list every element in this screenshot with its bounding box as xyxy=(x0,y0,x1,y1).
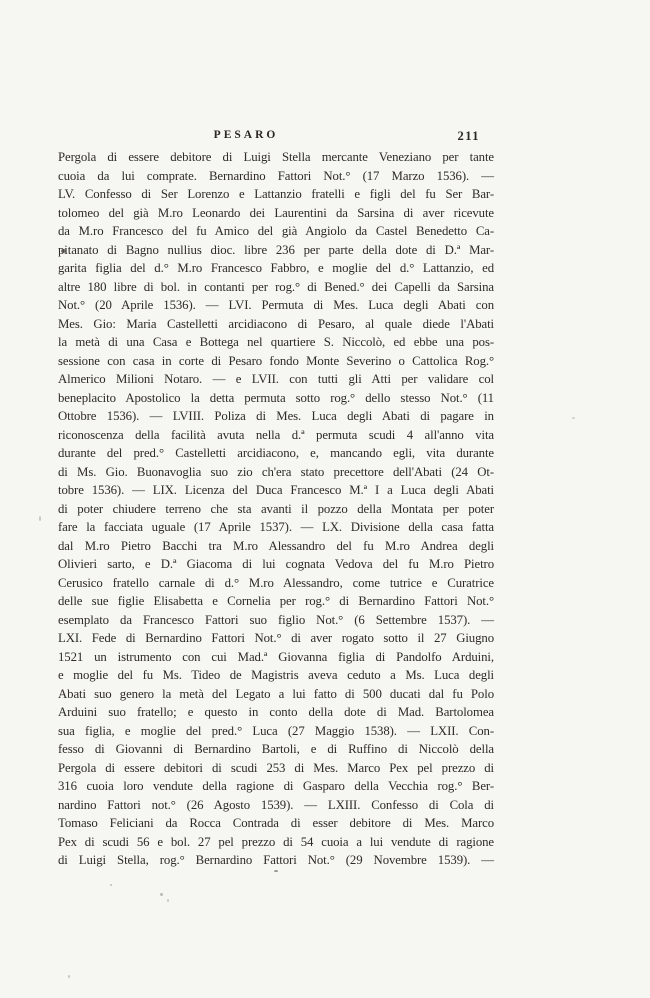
text-line: garita figlia del d.° M.ro Francesco Fab… xyxy=(58,259,494,278)
text-line: altre 180 libre di bol. in contanti per … xyxy=(58,278,494,297)
text-line: nardino Fattori not.° (26 Agosto 1539). … xyxy=(58,796,494,815)
text-line: e moglie del fu Ms. Tideo de Magistris a… xyxy=(58,666,494,685)
text-line: dal M.ro Pietro Bacchi tra M.ro Alessand… xyxy=(58,537,494,556)
text-line: LXI. Fede di Bernardino Fattori Not.° di… xyxy=(58,629,494,648)
text-line: 316 cuoia loro vendute della ragione di … xyxy=(58,777,494,796)
text-line: di Ms. Gio. Buonavoglia suo zio ch'era s… xyxy=(58,463,494,482)
text-line: Pergola di essere debitore di Luigi Stel… xyxy=(58,148,494,167)
text-line: sessione con casa in corte di Pesaro fon… xyxy=(58,352,494,371)
body-text-block: Pergola di essere debitore di Luigi Stel… xyxy=(58,148,494,870)
text-line: durante del pred.° Castelletti arcidiaco… xyxy=(58,444,494,463)
text-line: Mes. Gio: Maria Castelletti arcidiacono … xyxy=(58,315,494,334)
scan-speck xyxy=(68,975,70,978)
text-line: Pergola di essere debitori di scudi 253 … xyxy=(58,759,494,778)
text-line: di poter chiudere terreno che sta avanti… xyxy=(58,500,494,519)
text-line: Cerusico fratello carnale di d.° M.ro Al… xyxy=(58,574,494,593)
text-line: esemplato da Francesco Fattori suo figli… xyxy=(58,611,494,630)
text-line: LV. Confesso di Ser Lorenzo e Lattanzio … xyxy=(58,185,494,204)
text-line: Almerico Milioni Notaro. — e LVII. con t… xyxy=(58,370,494,389)
text-line: Ottobre 1536). — LVIII. Poliza di Mes. L… xyxy=(58,407,494,426)
text-line: pitanato di Bagno nullius dioc. libre 23… xyxy=(58,241,494,260)
page-number: 211 xyxy=(457,129,480,144)
text-line: riconoscenza della facilità avuta nella … xyxy=(58,426,494,445)
scan-speck xyxy=(110,884,112,886)
text-line: Arduini suo fratello; e questo in conto … xyxy=(58,703,494,722)
end-dash: - xyxy=(58,861,494,879)
text-line: la metà di una Casa e Bottega nel quarti… xyxy=(58,333,494,352)
scan-speck xyxy=(572,417,575,419)
scan-speck xyxy=(39,516,41,521)
scan-speck xyxy=(160,893,163,896)
text-line: Abati suo genero la metà del Legato a lu… xyxy=(58,685,494,704)
scan-speck xyxy=(167,899,169,902)
text-line: tolomeo del già M.ro Leonardo dei Lauren… xyxy=(58,204,494,223)
text-line: Tomaso Feliciani da Rocca Contrada di es… xyxy=(58,814,494,833)
text-line: beneplacito Apostolico la detta permuta … xyxy=(58,389,494,408)
text-line: Not.° (20 Aprile 1536). — LVI. Permuta d… xyxy=(58,296,494,315)
ink-speck xyxy=(61,249,66,253)
text-line: sua figlia, e moglie del pred.° Luca (27… xyxy=(58,722,494,741)
book-page-scan: PESARO 211 Pergola di essere debitore di… xyxy=(0,0,650,998)
text-line: Olivieri sarto, e D.ª Giacoma di lui cog… xyxy=(58,555,494,574)
text-line: fare la facciata uguale (17 Aprile 1537)… xyxy=(58,518,494,537)
text-line: tobre 1536). — LIX. Licenza del Duca Fra… xyxy=(58,481,494,500)
text-line: cuoia da lui comprate. Bernardino Fattor… xyxy=(58,167,494,186)
text-line: delle sue figlie Elisabetta e Cornelia p… xyxy=(58,592,494,611)
running-header: PESARO 211 xyxy=(58,129,494,143)
text-line: fesso di Giovanni di Bernardino Bartoli,… xyxy=(58,740,494,759)
running-header-title: PESARO xyxy=(190,129,302,141)
text-line: da M.ro Francesco del fu Amico del già A… xyxy=(58,222,494,241)
text-line: Pex di scudi 56 e bol. 27 pel prezzo di … xyxy=(58,833,494,852)
text-line: 1521 un istrumento con cui Mad.ª Giovann… xyxy=(58,648,494,667)
